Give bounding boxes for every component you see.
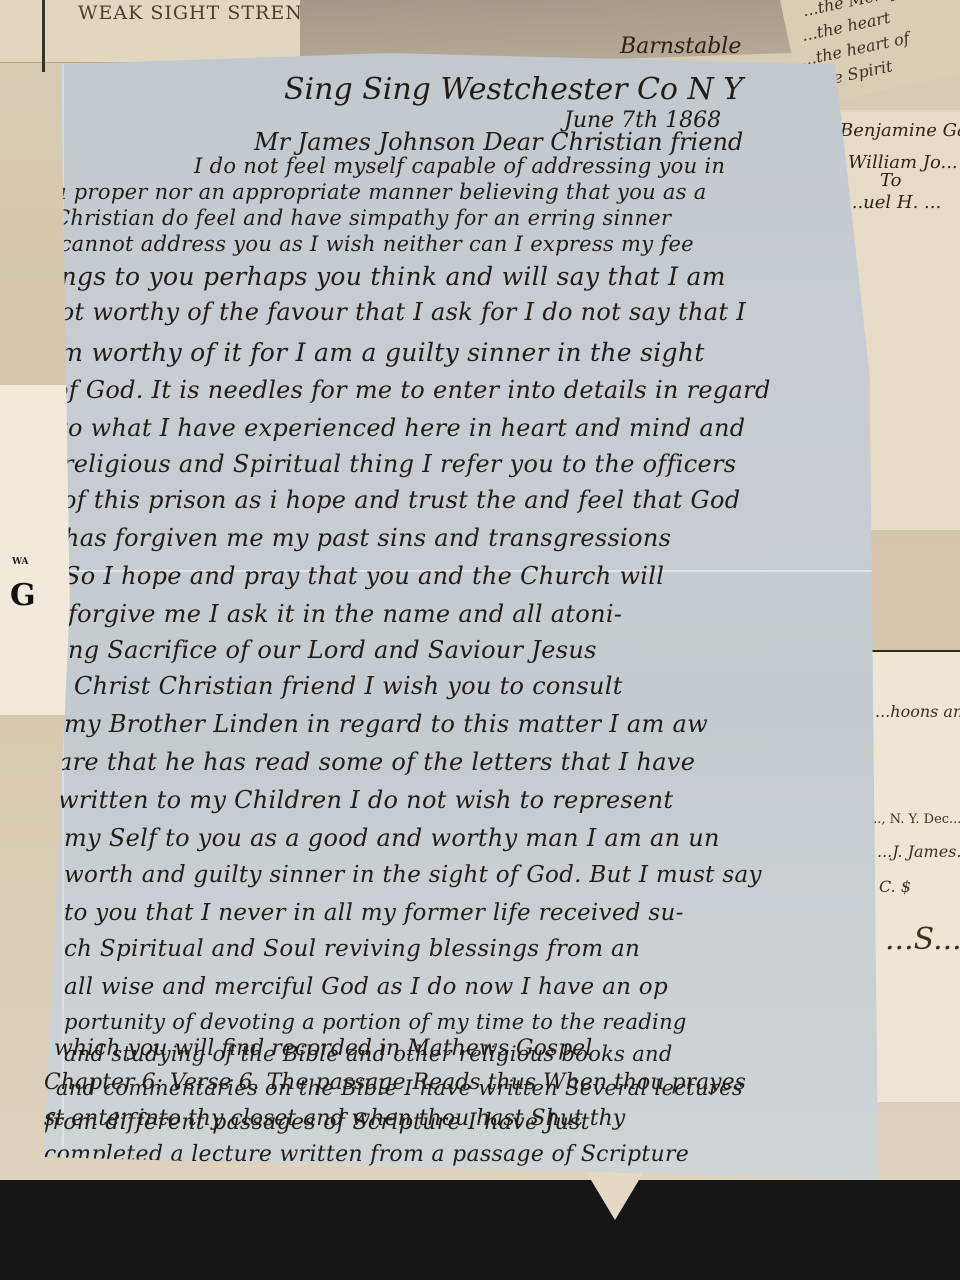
letter-line: So I hope and pray that you and the Chur…	[64, 562, 884, 590]
letter-salutation: Mr James Johnson Dear Christian friend	[254, 128, 743, 156]
rc-line: ...S...	[885, 922, 960, 957]
envelope-text: Barnstable	[620, 34, 741, 59]
letter-line: which you will find recorded in Mathews …	[54, 1036, 914, 1061]
letter-line: not worthy of the favour that I ask for …	[44, 298, 864, 326]
clipping-rule	[42, 0, 45, 72]
letter-line: to you that I never in all my former lif…	[64, 900, 884, 926]
letter-line: I do not feel myself capable of addressi…	[194, 154, 960, 178]
letter-line: all wise and merciful God as I do now I …	[64, 974, 884, 1000]
dr-line: Benjamine Ga...	[840, 120, 960, 141]
letter-line: my Brother Linden in regard to this matt…	[64, 710, 884, 738]
letter-line: of this prison as i hope and trust the a…	[62, 486, 882, 514]
dr-line: William Jo...	[848, 152, 958, 173]
letter-line: Christ Christian friend I wish you to co…	[74, 672, 894, 700]
letter-line: am worthy of it for I am a guilty sinner…	[44, 338, 864, 367]
handwritten-letter: Sing Sing Westchester Co N Y June 7th 18…	[44, 30, 904, 1180]
printed-fragment: WA	[12, 557, 29, 567]
letter-line: lings to you perhaps you think and will …	[44, 262, 864, 291]
paper-corner	[585, 1170, 645, 1220]
letter-line: forgive me I ask it in the name and all …	[68, 600, 888, 628]
rc-line: ...J. James...	[877, 842, 960, 861]
letter-line: Chapter 6: Verse 6. The passage Reads th…	[44, 1070, 904, 1095]
printed-glyph: G	[10, 578, 36, 613]
letter-line: my Self to you as a good and worthy man …	[64, 824, 884, 852]
letter-line: ch Spiritual and Soul reviving blessings…	[64, 936, 884, 962]
letter-line: a proper nor an appropriate manner belie…	[54, 180, 874, 204]
letter-line: are that he has read some of the letters…	[58, 748, 878, 776]
letter-line: ng Sacrifice of our Lord and Saviour Jes…	[68, 636, 888, 664]
rc-line: ...hoons an...	[875, 702, 960, 721]
letter-line: I cannot address you as I wish neither c…	[44, 232, 864, 256]
letter-line: portunity of devoting a portion of my ti…	[64, 1010, 884, 1034]
letter-line: st enter into thy closet and when thou h…	[44, 1106, 904, 1131]
letter-line: written to my Children I do not wish to …	[58, 786, 878, 814]
dr-line: ...uel H. ...	[846, 192, 941, 213]
letter-line: to what I have experienced here in heart…	[58, 414, 878, 442]
background-receipt: ...hoons an... ..., N. Y. Dec... ...J. J…	[865, 650, 960, 1102]
letter-place: Sing Sing Westchester Co N Y	[284, 72, 743, 107]
letter-line: religious and Spiritual thing I refer yo…	[62, 450, 882, 478]
letter-line: has forgiven me my past sins and transgr…	[64, 524, 884, 552]
rc-line: ..., N. Y. Dec...	[869, 812, 960, 827]
letter-line: Christian do feel and have simpathy for …	[54, 206, 874, 230]
rc-line: C. $	[879, 877, 911, 896]
letter-line: of God. It is needles for me to enter in…	[54, 376, 874, 404]
dr-line: To	[880, 170, 901, 191]
letter-line: worth and guilty sinner in the sight of …	[64, 862, 884, 888]
